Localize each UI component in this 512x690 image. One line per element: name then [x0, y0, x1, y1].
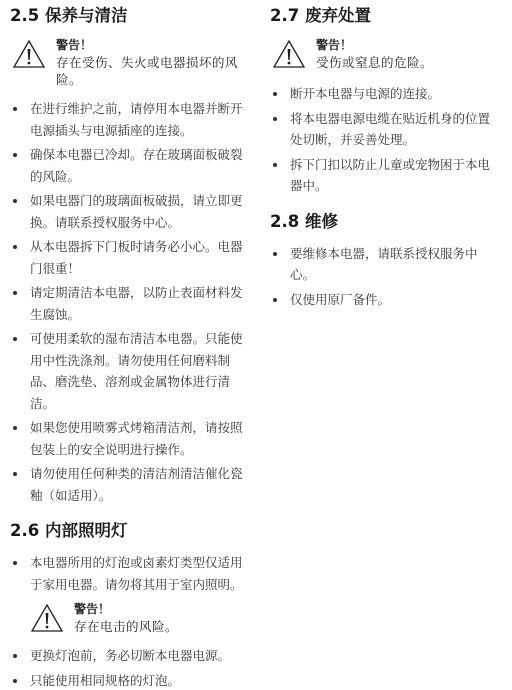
section-title: 2.6 内部照明灯 — [10, 520, 246, 542]
bullet-list: 要维修本电器，请联系授权服务中心。 仅使用原厂备件。 — [270, 243, 502, 311]
section-2-8: 2.8 维修 要维修本电器，请联系授权服务中心。 仅使用原厂备件。 — [270, 211, 502, 311]
list-item: 如果您使用喷雾式烤箱清洁剂，请按照包装上的安全说明进行操作。 — [10, 417, 246, 460]
list-item: 如果电器门的玻璃面板破损，请立即更换。请联系授权服务中心。 — [10, 190, 246, 233]
warning-triangle-icon — [30, 603, 64, 633]
warning-box: 警告！ 存在电击的风险。 — [28, 601, 246, 635]
warning-text: 受伤或窒息的危险。 — [316, 54, 502, 71]
bullet-list: 更换灯泡前，务必切断本电器电源。 只能使用相同规格的灯泡。 — [10, 645, 246, 690]
warning-triangle-icon — [272, 39, 306, 69]
list-item: 拆下门扣以防止儿童或宠物困于本电器中。 — [270, 154, 502, 197]
warning-text: 存在受伤、失火或电器损坏的风险。 — [56, 54, 246, 88]
list-item: 可使用柔软的湿布清洁本电器。只能使用中性洗涤剂。请勿使用任何磨料制品、磨洗垫、溶… — [10, 328, 246, 414]
left-column: 2.5 保养与清洁 警告！ 存在受伤、失火或电器损坏的风险。 在进行维护之前，请… — [10, 0, 246, 690]
section-title: 2.5 保养与清洁 — [10, 5, 246, 27]
section-title: 2.7 废弃处置 — [270, 5, 502, 27]
section-2-6: 2.6 内部照明灯 本电器所用的灯泡或卤素灯类型仅适用于家用电器。请勿将其用于室… — [10, 520, 246, 690]
list-item: 将本电器电源电缆在贴近机身的位置处切断，并妥善处理。 — [270, 108, 502, 151]
warning-title: 警告！ — [74, 601, 246, 618]
list-item: 断开本电器与电源的连接。 — [270, 83, 502, 105]
list-item: 请勿使用任何种类的清洁剂清洁催化瓷釉（如适用）。 — [10, 463, 246, 506]
list-item: 请定期清洁本电器，以防止表面材料发生腐蚀。 — [10, 282, 246, 325]
bullet-list: 在进行维护之前，请停用本电器并断开电源插头与电源插座的连接。 确保本电器已冷却。… — [10, 98, 246, 506]
list-item: 确保本电器已冷却。存在玻璃面板破裂的风险。 — [10, 144, 246, 187]
list-item: 本电器所用的灯泡或卤素灯类型仅适用于家用电器。请勿将其用于室内照明。 — [10, 552, 246, 595]
section-2-5: 2.5 保养与清洁 警告！ 存在受伤、失火或电器损坏的风险。 在进行维护之前，请… — [10, 5, 246, 506]
list-item: 从本电器拆下门板时请务必小心。电器门很重！ — [10, 236, 246, 279]
warning-triangle-icon — [12, 39, 46, 69]
right-column: 2.7 废弃处置 警告！ 受伤或窒息的危险。 断开本电器与电源的连接。 将本电器… — [270, 0, 502, 310]
list-item: 要维修本电器，请联系授权服务中心。 — [270, 243, 502, 286]
section-2-7: 2.7 废弃处置 警告！ 受伤或窒息的危险。 断开本电器与电源的连接。 将本电器… — [270, 5, 502, 197]
warning-box: 警告！ 受伤或窒息的危险。 — [270, 37, 502, 71]
bullet-list: 断开本电器与电源的连接。 将本电器电源电缆在贴近机身的位置处切断，并妥善处理。 … — [270, 83, 502, 197]
list-item: 仅使用原厂备件。 — [270, 289, 502, 311]
warning-text: 存在电击的风险。 — [74, 618, 246, 635]
list-item: 只能使用相同规格的灯泡。 — [10, 670, 246, 690]
list-item: 在进行维护之前，请停用本电器并断开电源插头与电源插座的连接。 — [10, 98, 246, 141]
list-item: 更换灯泡前，务必切断本电器电源。 — [10, 645, 246, 667]
warning-box: 警告！ 存在受伤、失火或电器损坏的风险。 — [10, 37, 246, 88]
section-title: 2.8 维修 — [270, 211, 502, 233]
warning-title: 警告！ — [56, 37, 246, 54]
bullet-list: 本电器所用的灯泡或卤素灯类型仅适用于家用电器。请勿将其用于室内照明。 — [10, 552, 246, 595]
warning-title: 警告！ — [316, 37, 502, 54]
